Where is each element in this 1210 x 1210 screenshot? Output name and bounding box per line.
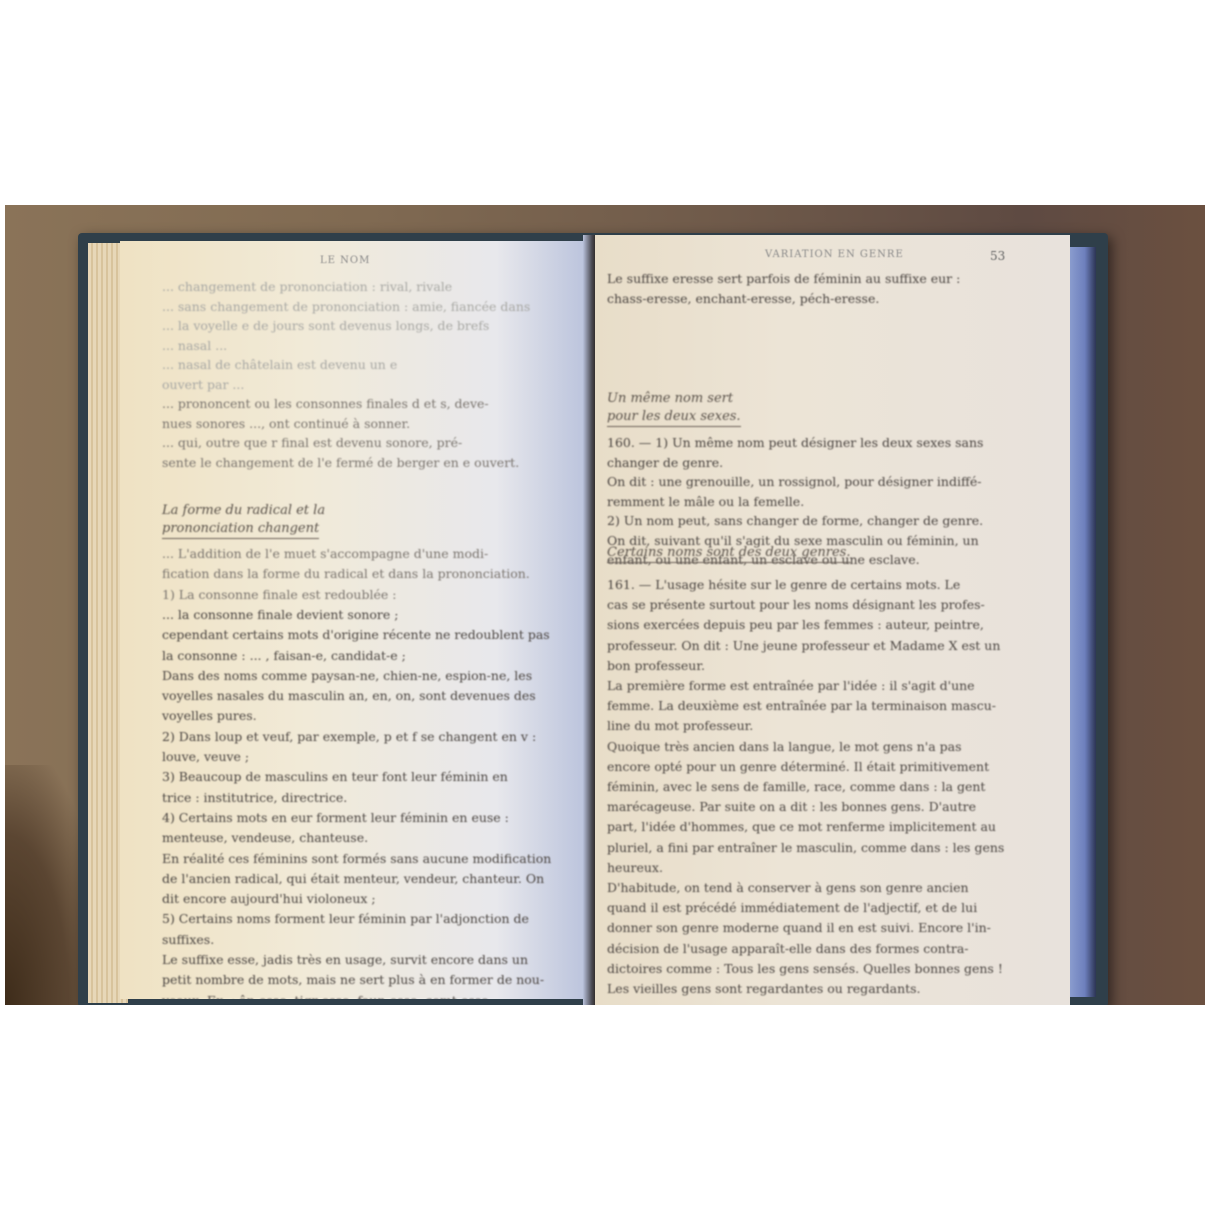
text-line: fication dans la forme du radical et dan… xyxy=(162,566,530,582)
text-line: marécageuse. Par suite on a dit : les bo… xyxy=(607,799,976,815)
text-line: Dans des noms comme paysan-ne, chien-ne,… xyxy=(162,668,532,684)
text-line: de l'ancien radical, qui était menteur, … xyxy=(162,871,544,887)
text-line: 3) Beaucoup de masculins en teur font le… xyxy=(162,769,508,785)
text-line: 2) Dans loup et veuf, par exemple, p et … xyxy=(162,729,536,745)
text-line: Le suffixe eresse sert parfois de fémini… xyxy=(607,271,960,287)
text-line: changer de genre. xyxy=(607,455,723,471)
text-line: ... prononcent ou les consonnes finales … xyxy=(162,396,489,412)
text-line: ... L'addition de l'e muet s'accompagne … xyxy=(162,546,488,562)
text-line: 161. — L'usage hésite sur le genre de ce… xyxy=(607,577,960,593)
text-line: donner son genre moderne quand il en est… xyxy=(607,920,991,936)
text-line: remment le mâle ou la femelle. xyxy=(607,494,804,510)
text-line: ... nasal ... xyxy=(162,338,227,354)
text-line: En réalité ces féminins sont formés sans… xyxy=(162,851,551,867)
right-page: VARIATION EN GENRE 53 Le suffixe eresse … xyxy=(595,235,1070,1005)
text-line: professeur. On dit : Une jeune professeu… xyxy=(607,638,1000,654)
page-number: 53 xyxy=(990,249,1005,263)
text-line: ... la consonne finale devient sonore ; xyxy=(162,607,399,623)
text-line: 160. — 1) Un même nom peut désigner les … xyxy=(607,435,983,451)
text-line: dictoires comme : Tous les gens sensés. … xyxy=(607,961,1003,977)
text-line: dit encore aujourd'hui violoneux ; xyxy=(162,891,376,907)
text-line: part, l'idée d'hommes, que ce mot renfer… xyxy=(607,819,996,835)
text-line: chass-eresse, enchant-eresse, péch-eress… xyxy=(607,291,879,307)
text-line: sions exercées depuis peu par les femmes… xyxy=(607,617,984,633)
text-line: Les vieilles gens sont regardantes ou re… xyxy=(607,981,921,997)
text-line: quand il est précédé immédiatement de l'… xyxy=(607,900,977,916)
right-running-head: VARIATION EN GENRE xyxy=(765,249,904,260)
text-line: pluriel, a fini par entraîner le masculi… xyxy=(607,840,1004,856)
text-line: 1) La consonne finale est redoublée : xyxy=(162,587,396,603)
text-line: ... qui, outre que r final est devenu so… xyxy=(162,435,462,451)
text-line: 5) Certains noms forment leur féminin pa… xyxy=(162,911,529,927)
text-line: femme. La deuxième est entraînée par la … xyxy=(607,698,996,714)
text-line: On dit : une grenouille, un rossignol, p… xyxy=(607,474,981,490)
text-line: ... sans changement de prononciation : a… xyxy=(162,299,530,315)
text-line: menteuse, vendeuse, chanteuse. xyxy=(162,830,368,846)
text-line: 2) Un nom peut, sans changer de forme, c… xyxy=(607,513,983,529)
text-line: trice : institutrice, directrice. xyxy=(162,790,347,806)
text-line: Le suffixe esse, jadis très en usage, su… xyxy=(162,952,528,968)
text-line: encore opté pour un genre déterminé. Il … xyxy=(607,759,989,775)
text-line: Quoique très ancien dans la langue, le m… xyxy=(607,739,962,755)
text-line: voyelles nasales du masculin an, en, on,… xyxy=(162,688,536,704)
text-line: ouvert par ... xyxy=(162,377,244,393)
right-heading-2: Certains noms sont des deux genres. xyxy=(607,545,851,563)
text-line: cependant certains mots d'origine récent… xyxy=(162,627,550,643)
text-line: ... la voyelle e de jours sont devenus l… xyxy=(162,318,489,334)
text-line: D'habitude, on tend à conserver à gens s… xyxy=(607,880,969,896)
text-line: décision de l'usage apparaît-elle dans d… xyxy=(607,941,969,957)
text-line: féminin, avec le sens de famille, race, … xyxy=(607,779,985,795)
right-heading-1-line-1: Un même nom sert xyxy=(607,391,733,408)
left-running-head: LE NOM xyxy=(320,255,370,266)
page-stack-right xyxy=(1068,247,1096,997)
text-line: 4) Certains mots en eur forment leur fém… xyxy=(162,810,509,826)
photo-background: LE NOM ... changement de prononciation :… xyxy=(5,205,1205,1005)
left-heading-line-1: La forme du radical et la xyxy=(162,503,325,520)
text-line: cas se présente surtout pour les noms dé… xyxy=(607,597,985,613)
text-line: suffixes. xyxy=(162,932,214,948)
text-line: voyelles pures. xyxy=(162,708,257,724)
left-heading-line-2: prononciation changent xyxy=(162,521,319,539)
text-line: La première forme est entraînée par l'id… xyxy=(607,678,975,694)
white-margin xyxy=(0,1005,1210,1210)
text-line: nues sonores ..., ont continué à sonner. xyxy=(162,416,410,432)
text-line: bon professeur. xyxy=(607,658,705,674)
text-line: sente le changement de l'e fermé de berg… xyxy=(162,455,519,471)
text-line: veaux. Ex. : ân-esse, tigr-esse, faun-es… xyxy=(162,993,493,999)
text-line: ... changement de prononciation : rival,… xyxy=(162,279,452,295)
text-line: louve, veuve ; xyxy=(162,749,249,765)
text-line: petit nombre de mots, mais ne sert plus … xyxy=(162,972,544,988)
text-line: la consonne : ... , faisan-e, candidat-e… xyxy=(162,648,406,664)
left-page: LE NOM ... changement de prononciation :… xyxy=(120,241,590,999)
text-line: heureux. xyxy=(607,860,663,876)
text-line: ... nasal de châtelain est devenu un e xyxy=(162,357,397,373)
right-heading-1-line-2: pour les deux sexes. xyxy=(607,409,741,427)
text-line: line du mot professeur. xyxy=(607,718,753,734)
